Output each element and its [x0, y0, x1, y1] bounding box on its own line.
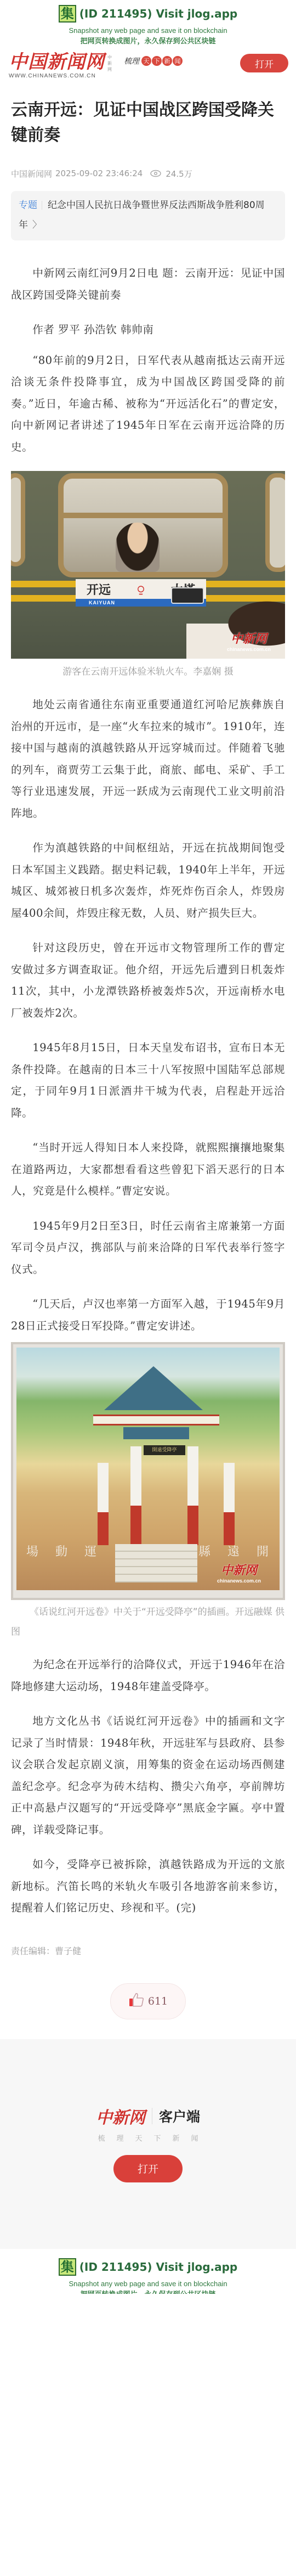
thumbs-up-icon: [128, 1991, 145, 2011]
meta-datetime: 2025-09-02 23:46:24: [55, 169, 143, 178]
jlog-subtitle-en: Snapshot any web page and save it on blo…: [0, 26, 296, 35]
painting-text-right: 縣 遠 開: [198, 1542, 275, 1559]
sign-station-left: 开远: [87, 581, 111, 598]
passenger-figure: [116, 523, 160, 572]
figure-caption: 《话说红河开远卷》中关于“开远受降亭”的插画。开远融媒 供图: [11, 1602, 285, 1642]
promo-client-label: 客户端: [159, 2106, 200, 2126]
jlog-title-row: 集 (ID 211495) Visit jlog.app: [0, 4, 296, 23]
article-paragraph: 地方文化丛书《话说红河开远卷》中的插画和文字记录了当时情景：1948年秋，开远驻…: [11, 1710, 285, 1840]
header-slogan: 梳理 天 下 新 闻: [124, 55, 183, 66]
app-promo: 中新网 客户端 梳理天下新闻 打开: [0, 2039, 296, 2249]
promo-divider: [152, 2108, 152, 2124]
promo-logo: 中新网: [96, 2104, 145, 2128]
jlog-badge-icon: 集: [59, 5, 76, 23]
slogan-dot: 天: [141, 56, 151, 66]
slogan-dot: 下: [152, 56, 162, 66]
site-header: 中国新闻网 中 新 网 WWW.CHINANEWS.COM.CN 梳理 天 下 …: [0, 43, 296, 87]
train-window-main: [58, 473, 228, 577]
like-button[interactable]: 611: [110, 1983, 186, 2019]
responsible-editor: 责任编辑：曹子健: [11, 1944, 285, 1957]
topic-tag: 专题: [19, 200, 37, 211]
painting-text-left: 場 動 運: [26, 1542, 103, 1559]
jlog-subtitle-zh: 把网页转换成图片，永久保存到公共区块链: [0, 2288, 296, 2294]
topic-divider: [42, 201, 42, 210]
jlog-banner-top: 集 (ID 211495) Visit jlog.app Snapshot an…: [0, 0, 296, 43]
article-paragraph: 1945年9月2日至3日，时任云南省主席兼第一方面军司令员卢汉，携部队与前来洽降…: [11, 1215, 285, 1281]
jlog-banner-bottom: 集 (ID 211495) Visit jlog.app Snapshot an…: [0, 2249, 296, 2294]
train-window-right: [265, 473, 285, 572]
open-app-button-promo[interactable]: 打开: [113, 2155, 183, 2182]
pavilion-plaque: 開遠受降亭: [144, 1445, 185, 1455]
article-paragraph: 地处云南省通往东南亚重要通道红河哈尼族彝族自治州的开远市，是一座“火车拉来的城市…: [11, 694, 285, 824]
figure-train: 开远 ⍜ 大塔 KAIYUAN 中新网 chinanews.com.cn 游客在…: [11, 471, 285, 682]
pavilion-roof: [104, 1366, 203, 1410]
article-meta: 中国新闻网 2025-09-02 23:46:24 24.5万: [11, 168, 285, 179]
brand-logo-link[interactable]: 中国新闻网 中 新 网 WWW.CHINANEWS.COM.CN: [9, 51, 112, 79]
article-paragraph: “几天后，卢汉也率第一方面军入越，于1945年9月28日正式接受日军投降。”曹定…: [11, 1293, 285, 1337]
article-paragraph: 1945年8月15日，日本天皇发布诏书，宣布日本无条件投降。在越南的日本三十八军…: [11, 1037, 285, 1124]
article-paragraph: 为纪念在开远举行的洽降仪式，开远于1946年在洽降地修建大运动场，1948年建盖…: [11, 1654, 285, 1697]
topic-link[interactable]: 专题纪念中国人民抗日战争暨世界反法西斯战争胜利80周年〉: [11, 191, 285, 240]
open-app-button-header[interactable]: 打开: [240, 54, 288, 72]
article-paragraph: 作为滇越铁路的中间枢纽站，开远在抗战期间饱受日本军国主义践踏。据史料记载，194…: [11, 837, 285, 924]
figure-painting: 開遠受降亭 場 動 運 縣 遠 開 中新网 chinanews.com.cn 《…: [11, 1342, 285, 1642]
like-count: 611: [148, 1995, 168, 2007]
article-paragraph: 如今，受降亭已被拆除，滇越铁路成为开远的文旅新地标。汽笛长鸣的米轨火车吸引各地游…: [11, 1854, 285, 1919]
promo-slogan: 梳理天下新闻: [86, 2132, 209, 2143]
topic-text: 纪念中国人民抗日战争暨世界反法西斯战争胜利80周年: [19, 200, 265, 231]
article-paragraph: “80年前的9月2日，日军代表从越南抵达云南开远洽谈无条件投降事宜，成为中国战区…: [11, 350, 285, 458]
jlog-title-link[interactable]: (ID 211495) Visit jlog.app: [79, 7, 238, 20]
eye-icon: [150, 170, 161, 177]
chevron-right-icon: 〉: [32, 220, 42, 231]
photo-watermark: 中新网 chinanews.com.cn: [217, 1561, 261, 1584]
jlog-subtitle-en: Snapshot any web page and save it on blo…: [0, 2280, 296, 2288]
slogan-script: 梳理: [124, 55, 139, 66]
article-paragraph: 针对这段历史，曾在开远市文物管理所工作的曹定安做过多方调查取证。他介绍，开远先后…: [11, 937, 285, 1024]
jlog-badge-icon: 集: [59, 2258, 76, 2276]
railway-logo-icon: ⍜: [138, 582, 144, 596]
photo-watermark: 中新网 chinanews.com.cn: [227, 630, 271, 652]
slogan-dot: 新: [162, 56, 172, 66]
article-author: 作者 罗平 孙浩钦 韩帅南: [11, 319, 285, 341]
meta-source: 中国新闻网: [11, 168, 52, 179]
article-paragraph: “当时开远人得知日本人来投降，就熙熙攘攘地聚集在道路两边，大家都想看看这些曾犯下…: [11, 1137, 285, 1202]
train-window-left: [11, 473, 25, 566]
article-title: 云南开远：见证中国战区跨国受降关键前奏: [11, 98, 285, 148]
article-lead: 中新网云南红河9月2日电 题：云南开远：见证中国战区跨国受降关键前奏: [11, 262, 285, 306]
meta-views: 24.5万: [166, 168, 192, 179]
jlog-title-link[interactable]: (ID 211495) Visit jlog.app: [79, 2260, 238, 2274]
figure-caption: 游客在云南开远体验米轨火车。李嘉娴 摄: [11, 662, 285, 682]
slogan-dot: 闻: [173, 56, 183, 66]
painting-stairs: [115, 1544, 197, 1582]
train-photo[interactable]: 开远 ⍜ 大塔 KAIYUAN 中新网 chinanews.com.cn: [11, 471, 285, 659]
phone-icon: [171, 587, 204, 604]
logo-url: WWW.CHINANEWS.COM.CN: [9, 73, 112, 79]
painting-photo[interactable]: 開遠受降亭 場 動 運 縣 遠 開 中新网 chinanews.com.cn: [11, 1342, 285, 1600]
logo-mini-mark: 中 新 网: [107, 54, 112, 72]
article: 云南开远：见证中国战区跨国受降关键前奏 中国新闻网 2025-09-02 23:…: [0, 98, 296, 2019]
chinanews-logo: 中国新闻网: [9, 51, 105, 73]
